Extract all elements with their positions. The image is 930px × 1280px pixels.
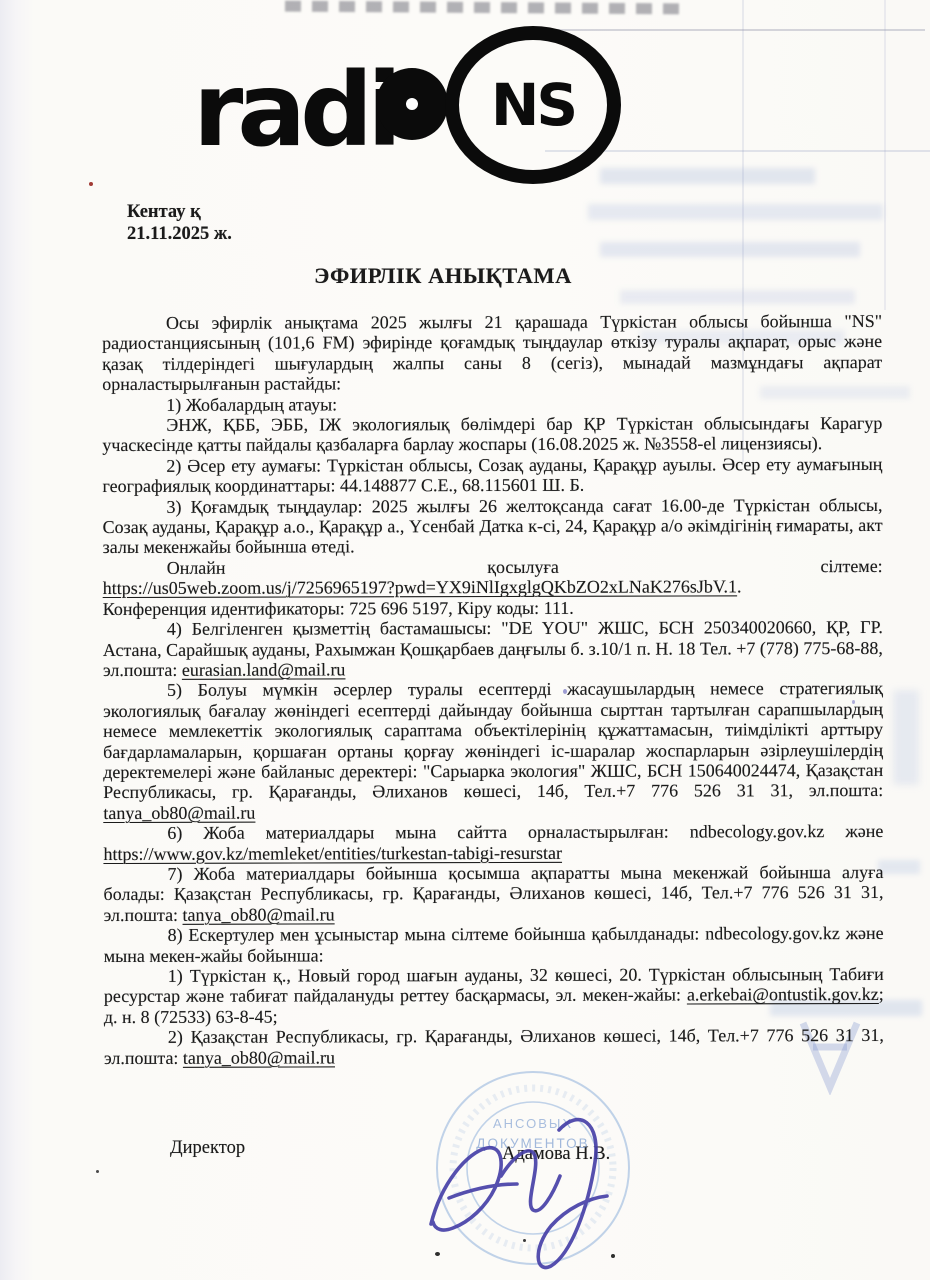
paragraph: 7) Жоба материалдары бойынша қосымша ақп… [103, 862, 883, 925]
paragraph: 1) Түркістан қ., Новый город шағын аудан… [104, 964, 884, 1027]
date-line: 21.11.2025 ж. [127, 223, 232, 245]
link-text: tanya_ob80@mail.ru [183, 1047, 335, 1067]
logo-ns-text: NS [491, 71, 575, 139]
text-run: 5) Болуы мүмкін әсерлер туралы есептерді… [103, 678, 883, 802]
paragraph: 5) Болуы мүмкін әсерлер туралы есептерді… [103, 678, 883, 823]
bleedthrough-line [884, 0, 886, 310]
scanned-document-page: radi NS Кентау қ 21.11.2025 ж. ЭФИРЛІК А… [0, 0, 930, 1280]
paragraph: 3) Қоғамдық тыңдаулар: 2025 жылғы 26 жел… [102, 495, 882, 558]
document-body: Осы эфирлік анықтама 2025 жылғы 21 қараш… [102, 311, 884, 1068]
text-run: . [737, 577, 742, 597]
ink-speck [96, 1170, 99, 1173]
paragraph: 8) Ескертулер мен ұсыныстар мына сілтеме… [104, 923, 884, 966]
text-run: 3) Қоғамдық тыңдаулар: 2025 жылғы 26 жел… [103, 495, 883, 558]
text-run: 6) Жоба материалдары мына сайтта орналас… [167, 821, 883, 843]
logo-text: radi [193, 60, 396, 162]
paragraph: ЭНЖ, ҚББ, ЭББ, ІЖ экологиялық бөлімдері … [102, 413, 882, 456]
paragraph: Конференция идентификаторы: 725 696 5197… [103, 597, 883, 619]
link-text: eurasian.land@mail.ru [182, 659, 346, 679]
text-run: ЭНЖ, ҚББ, ЭББ, ІЖ экологиялық бөлімдері … [102, 413, 882, 455]
link-text: https://www.gov.kz/memleket/entities/tur… [103, 842, 562, 863]
paragraph: 4) Белгіленген қызметтің бастамашысы: "D… [103, 617, 883, 680]
link-text: https://us05web.zoom.us/j/7256965197?pwd… [103, 577, 737, 599]
text-run: Конференция идентификаторы: 725 696 5197… [103, 597, 574, 618]
bleedthrough-smudge [600, 242, 860, 257]
bleedthrough-smudge [878, 860, 920, 874]
ink-speck [89, 182, 93, 186]
official-stamp: АНСОВЫХ ДОКУМЕНТОВ [383, 1056, 683, 1280]
place-line: Кентау қ [127, 201, 232, 223]
link-text: tanya_ob80@mail.ru [103, 802, 255, 822]
text-run: Осы эфирлік анықтама 2025 жылғы 21 қараш… [102, 311, 882, 394]
paragraph: 2) Әсер ету аумағы: Түркістан облысы, Со… [102, 454, 882, 497]
paragraph: Осы эфирлік анықтама 2025 жылғы 21 қараш… [102, 311, 882, 395]
paragraph: 1) Жобалардың атауы: [102, 393, 882, 415]
bleedthrough-smudge [620, 290, 855, 304]
bleedthrough-smudge [588, 204, 883, 220]
signature-role: Директор [170, 1138, 245, 1159]
text-run: 2) Әсер ету аумағы: Түркістан облысы, Со… [102, 454, 882, 496]
paragraph: 6) Жоба материалдары мына сайтта орналас… [103, 821, 883, 864]
vinyl-record-icon [376, 68, 448, 140]
text-run: 1) Жобалардың атауы: [166, 394, 337, 414]
bleedthrough-text-smudge [285, 1, 685, 15]
text-run: Онлайн қосылуға сілтеме: [167, 556, 883, 578]
link-text: a.erkebai@ontustik.gov.kz [687, 984, 879, 1005]
paragraph: https://us05web.zoom.us/j/7256965197?pwd… [103, 576, 883, 598]
place-date-block: Кентау қ 21.11.2025 ж. [127, 201, 232, 245]
document-title: ЭФИРЛІК АНЫҚТАМА [103, 263, 783, 289]
ns-circle-badge: NS [445, 26, 621, 184]
bleedthrough-smudge [893, 690, 919, 785]
paragraph: Онлайн қосылуға сілтеме: [103, 556, 883, 578]
text-run: 8) Ескертулер мен ұсыныстар мына сілтеме… [104, 923, 884, 965]
radio-ns-logo: radi NS [193, 18, 673, 178]
link-text: tanya_ob80@mail.ru [183, 904, 335, 924]
